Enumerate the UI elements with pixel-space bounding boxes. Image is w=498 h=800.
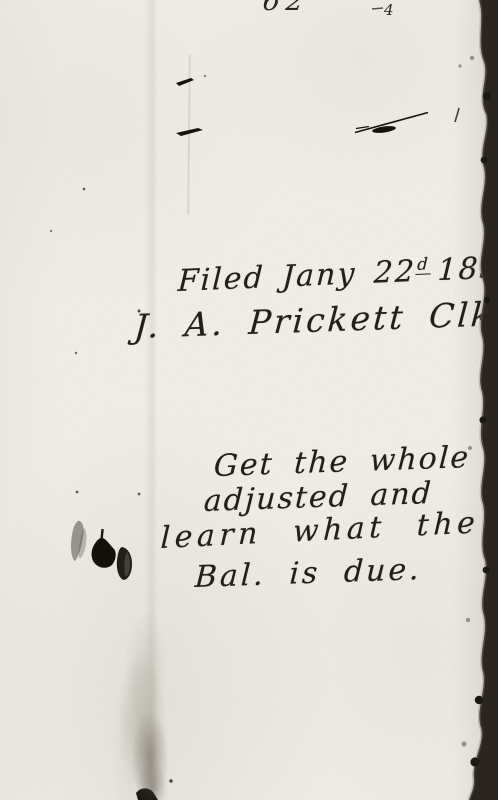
pen-slash-mark — [355, 113, 428, 135]
ink-specks — [50, 75, 206, 783]
ink-blot-streak — [117, 547, 132, 580]
ink-blot-solid — [92, 538, 116, 568]
ink-marks-layer — [0, 0, 498, 800]
clerk-signature: J. A. Prickett Clk — [133, 294, 495, 346]
right-edge-tear — [458, 0, 498, 800]
ink-blot-streak-light — [124, 552, 130, 576]
bottom-smudge — [0, 0, 498, 800]
note-line: Bal. is due. — [194, 552, 423, 595]
filed-annotation-line: Filed Jany 22d1830 — [177, 249, 498, 299]
paper-crease-short — [187, 55, 191, 215]
paper-grain-texture — [0, 0, 498, 800]
pen-tick-mark — [455, 108, 459, 122]
filed-date-text: Filed Jany 22 — [177, 254, 417, 299]
ink-blot-group — [71, 521, 132, 580]
ink-blot-faded — [79, 528, 87, 558]
paper-crease — [144, 0, 158, 800]
top-right-fragment: 4 — [384, 1, 395, 19]
ink-blot-faded — [71, 521, 84, 561]
pen-squiggle — [372, 8, 383, 9]
filed-date-superscript: d — [416, 254, 431, 275]
document-page: 62 4 Filed Jany 22d1830 J. A. Prickett C… — [0, 0, 498, 800]
page-number-fragment: 62 — [261, 0, 312, 17]
filed-year-text: 1830 — [437, 249, 498, 288]
